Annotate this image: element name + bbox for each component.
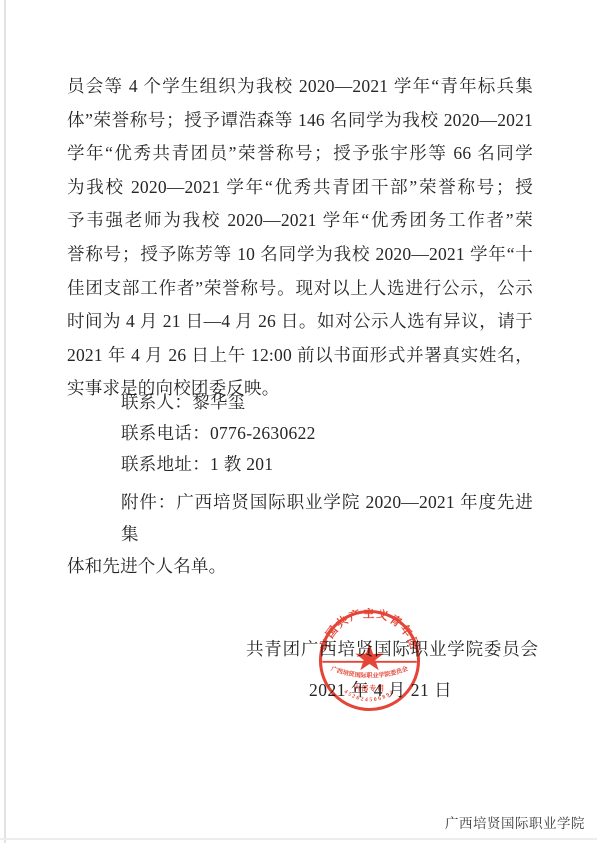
- attachment-line: 附件：广西培贤国际职业学院 2020—2021 年度先进集: [67, 486, 533, 550]
- body-paragraph: 员会等 4 个学生组织为我校 2020—2021 学年“青年标兵集 体”荣誉称号…: [67, 70, 533, 406]
- body-line: 予韦强老师为我校 2020—2021 学年“优秀团务工作者”荣: [67, 204, 533, 238]
- official-seal: 中国共产主义青年团 广西培贤国际职业学院委员会 内部专用 45262450689…: [317, 608, 422, 713]
- attachment-line: 体和先进个人名单。: [67, 550, 533, 582]
- seal-org-text: 广西培贤国际职业学院委员会: [330, 664, 410, 679]
- contact-phone: 联系电话：0776-2630622: [121, 418, 316, 449]
- footer-watermark: 广西培贤国际职业学院: [445, 812, 585, 832]
- contact-block: 联系人：黎华玺 联系电话：0776-2630622 联系地址：1 教 201: [121, 387, 316, 480]
- page-edge-left: [4, 0, 6, 843]
- svg-text:广西培贤国际职业学院委员会: 广西培贤国际职业学院委员会: [330, 664, 410, 679]
- contact-address: 联系地址：1 教 201: [121, 449, 316, 480]
- body-line: 学年“优秀共青团员”荣誉称号；授予张宇彤等 66 名同学: [67, 137, 533, 171]
- attachment-block: 附件：广西培贤国际职业学院 2020—2021 年度先进集 体和先进个人名单。: [67, 486, 533, 582]
- document-page: { "page": { "body_lines": [ "员会等 4 个学生组织…: [0, 0, 597, 843]
- body-line: 为我校 2020—2021 学年“优秀共青团干部”荣誉称号；授: [67, 171, 533, 205]
- body-line: 体”荣誉称号；授予谭浩森等 146 名同学为我校 2020—2021: [67, 104, 533, 138]
- body-line: 佳团支部工作者”荣誉称号。现对以上人选进行公示，公示: [67, 272, 533, 306]
- contact-person: 联系人：黎华玺: [121, 387, 316, 418]
- body-line: 誉称号；授予陈芳等 10 名同学为我校 2020—2021 学年“十: [67, 238, 533, 272]
- page-edge-bottom: [0, 838, 597, 840]
- body-line: 时间为 4 月 21 日—4 月 26 日。如对公示人选有异议，请于: [67, 305, 533, 339]
- seal-inner-use-text: 内部专用: [354, 683, 385, 692]
- body-line: 员会等 4 个学生组织为我校 2020—2021 学年“青年标兵集: [67, 70, 533, 104]
- seal-star-icon: [355, 644, 383, 670]
- body-line: 2021 年 4 月 26 日上午 12:00 前以书面形式并署真实姓名，: [67, 339, 533, 373]
